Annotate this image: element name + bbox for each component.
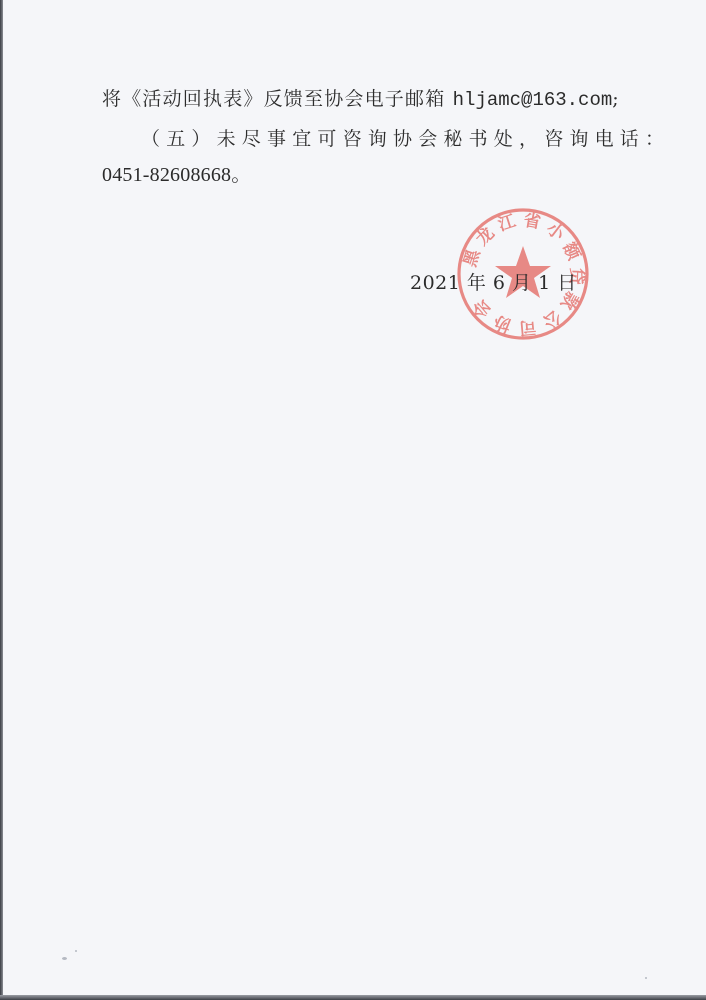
scan-speck bbox=[62, 957, 67, 960]
document-date: 2021 年 6 月 1 日 bbox=[410, 271, 577, 295]
scan-speck bbox=[75, 950, 77, 952]
phone-number: 0451-82608668。 bbox=[102, 163, 251, 187]
scan-border-left bbox=[0, 0, 3, 1000]
email-address: hljamc@163.com bbox=[453, 89, 613, 111]
paragraph-line-feedback: 将《活动回执表》反馈至协会电子邮箱 hljamc@163.com; bbox=[102, 87, 620, 112]
paragraph-line-inquiry: （五）未尽事宜可咨询协会秘书处，咨询电话： bbox=[141, 127, 670, 151]
document-page: 将《活动回执表》反馈至协会电子邮箱 hljamc@163.com; （五）未尽事… bbox=[0, 0, 706, 1000]
feedback-text: 将《活动回执表》反馈至协会电子邮箱 bbox=[102, 88, 453, 110]
scan-speck bbox=[645, 977, 647, 979]
feedback-suffix: ; bbox=[612, 88, 620, 110]
scan-border-bottom bbox=[0, 995, 706, 1000]
